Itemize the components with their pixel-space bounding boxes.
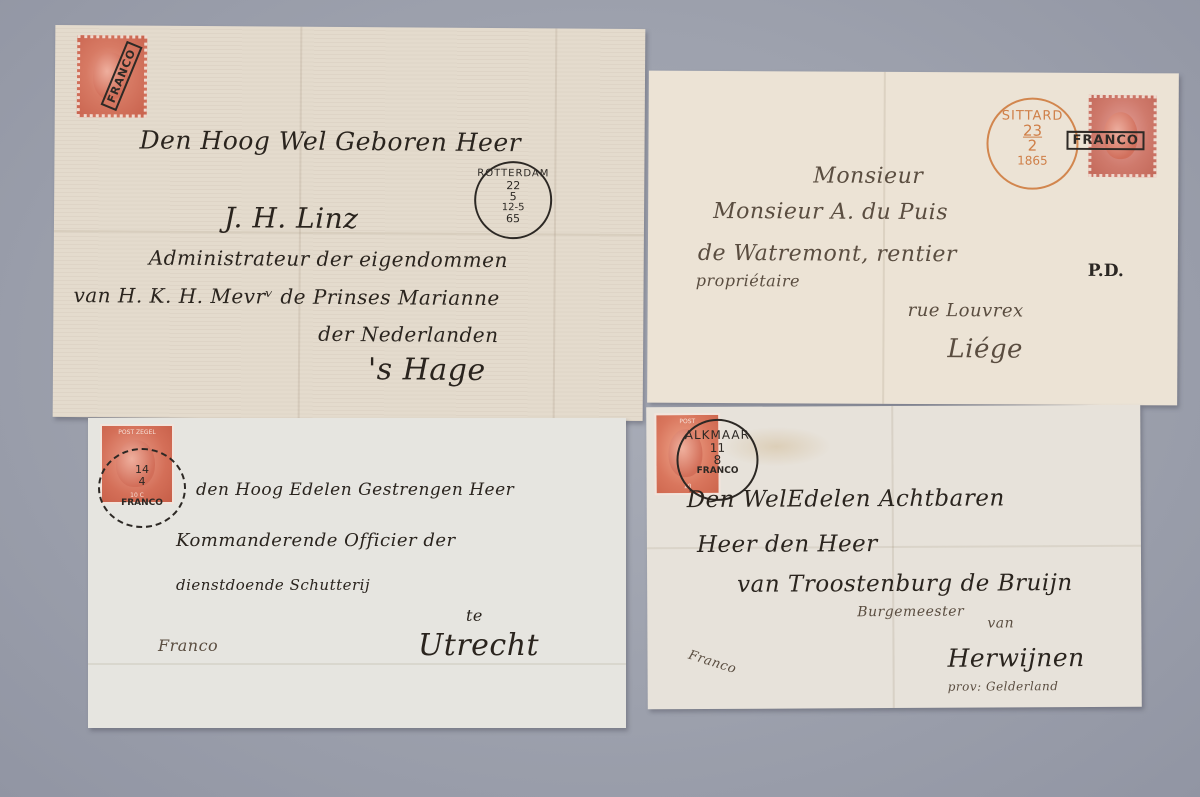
address-line: Heer den Heer: [697, 531, 878, 558]
postmark-year: 1865: [988, 155, 1076, 168]
rotterdam-postmark: ROTTERDAM 22 5 12-5 65: [474, 161, 553, 240]
address-line: Liége: [947, 334, 1023, 364]
pd-marking: P.D.: [1088, 261, 1124, 281]
fold-crease: [882, 72, 886, 404]
address-line: der Nederlanden: [318, 322, 498, 347]
postmark-town: ALKMAAR: [678, 429, 756, 442]
fold-crease: [553, 28, 558, 420]
address-line: Monsieur: [813, 163, 923, 189]
address-line: Den WelEdelen Achtbaren: [687, 485, 1005, 513]
address-line: van: [987, 615, 1014, 631]
postmark-footer: FRANCO: [100, 499, 184, 508]
address-line: Den Hoog Wel Geboren Heer: [139, 126, 521, 158]
postmark-day: 14: [100, 464, 184, 476]
postmark-year: 65: [476, 213, 550, 225]
address-line: dienstdoende Schutterij: [176, 576, 370, 594]
address-line: J. H. Linz: [224, 201, 359, 235]
address-line: van Troostenburg de Bruijn: [737, 570, 1073, 598]
address-line: propriétaire: [696, 271, 800, 291]
address-line: Herwijnen: [947, 643, 1084, 673]
address-line: rue Louvrex: [908, 300, 1024, 322]
address-line: de Watremont, rentier: [698, 241, 957, 267]
address-line: prov: Gelderland: [948, 679, 1059, 694]
address-line: 's Hage: [368, 352, 486, 388]
address-line: den Hoog Edelen Gestrengen Heer: [196, 480, 514, 500]
arnhem-postmark: 14 4 FRANCO: [98, 448, 186, 528]
franco-note: Franco: [686, 648, 738, 677]
postmark-month: 4: [100, 476, 184, 488]
address-line: Administrateur der eigendommen: [149, 246, 508, 273]
franco-note: Franco: [158, 636, 218, 655]
postmark-footer: FRANCO: [679, 466, 757, 476]
address-line: Monsieur A. du Puis: [713, 199, 948, 225]
postmark-month: 2: [988, 139, 1076, 155]
sittard-postmark: SITTARD 23 2 1865: [986, 97, 1078, 189]
address-line: Utrecht: [418, 628, 539, 663]
stamp-top-text: POST ZEGEL: [102, 429, 172, 436]
address-line: te: [466, 606, 483, 625]
franco-box-cancel: FRANCO: [1066, 131, 1145, 150]
letter-cover-herwijnen: POST 10 ALKMAAR 11 8 FRANCO Den WelEdele…: [646, 405, 1142, 710]
letter-cover-sittard: SITTARD 23 2 1865 FRANCO P.D. Monsieur M…: [647, 71, 1179, 406]
address-line: Kommanderende Officier der: [176, 530, 456, 551]
address-line: Burgemeester: [857, 604, 964, 621]
fold-crease: [88, 663, 626, 665]
fold-crease: [891, 406, 895, 708]
letter-cover-utrecht: POST ZEGEL 10 C 14 4 FRANCO den Hoog Ede…: [88, 418, 626, 728]
address-line: van H. K. H. Mevrᵛ de Prinses Marianne: [73, 283, 499, 310]
letter-cover-rotterdam: FRANCO ROTTERDAM 22 5 12-5 65 Den Hoog W…: [53, 25, 646, 421]
